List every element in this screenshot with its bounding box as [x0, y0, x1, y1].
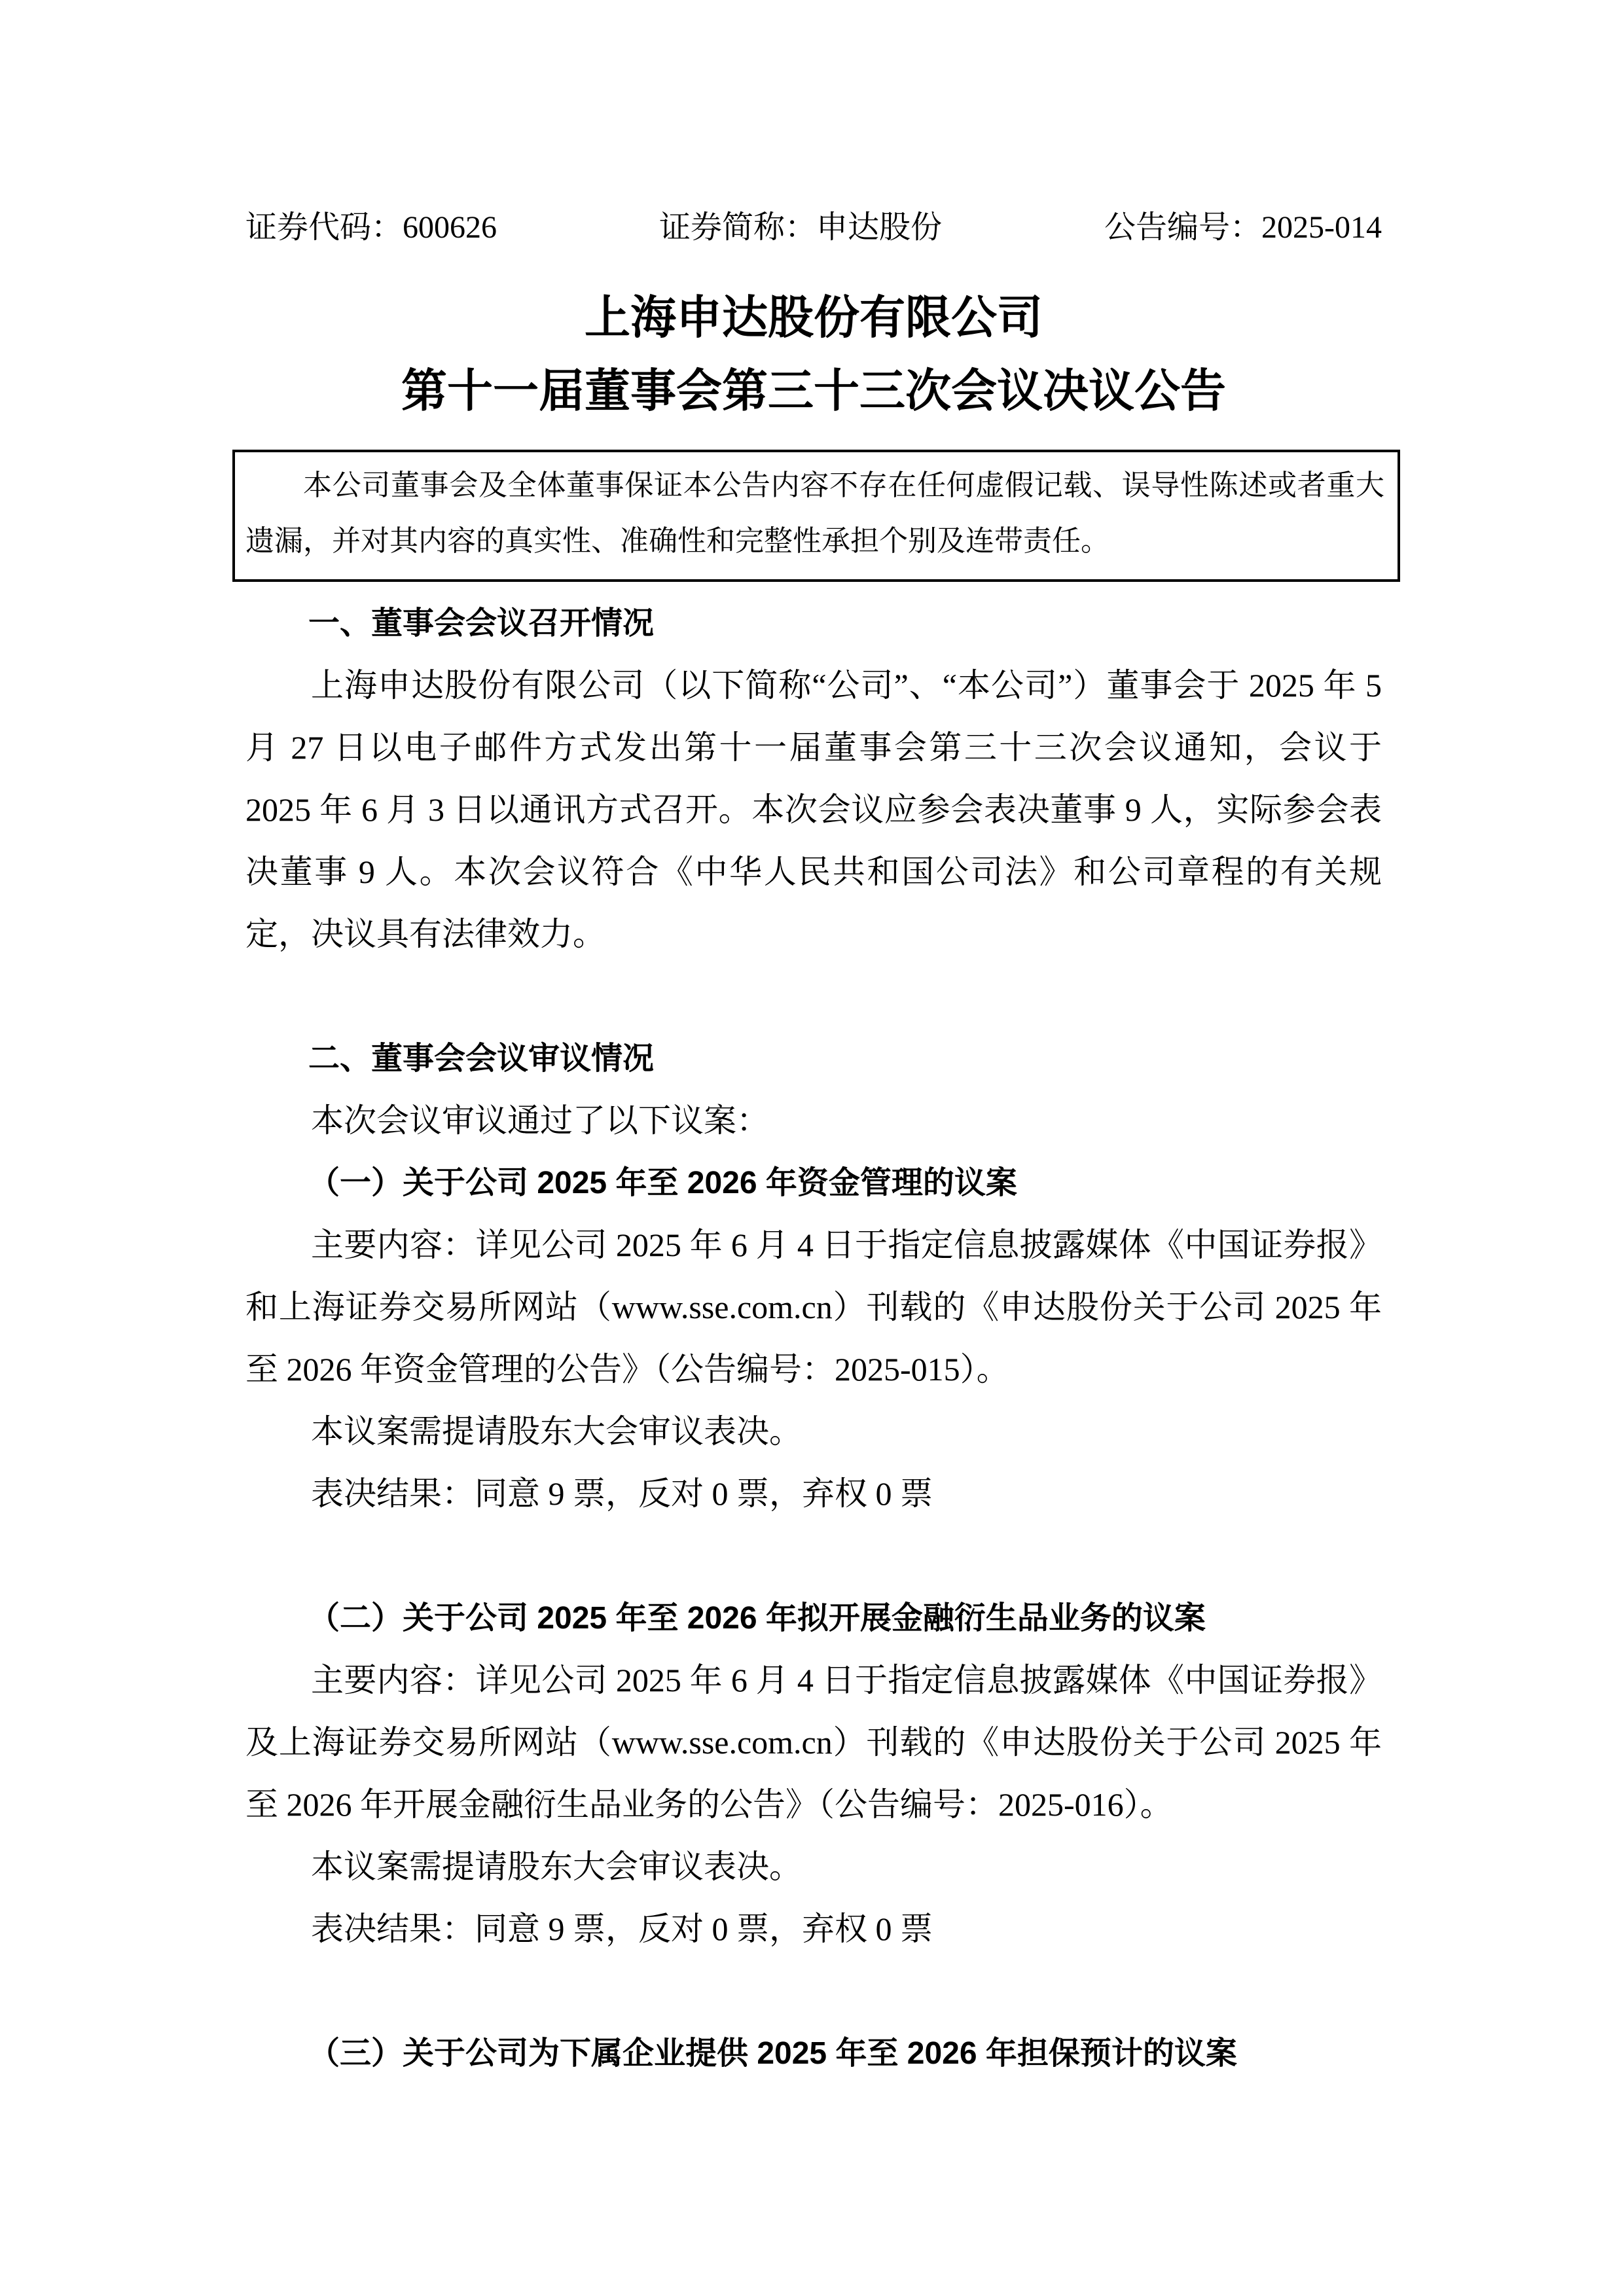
announcement-no-group: 公告编号：2025-014	[1104, 196, 1382, 259]
company-title: 上海申达股份有限公司	[245, 281, 1382, 354]
item2-vote-result: 表决结果：同意 9 票，反对 0 票，弃权 0 票	[245, 1898, 1382, 1960]
item3-heading: （三）关于公司为下属企业提供 2025 年至 2026 年担保预计的议案	[245, 2022, 1382, 2085]
item2-main-content: 主要内容：详见公司 2025 年 6 月 4 日于指定信息披露媒体《中国证券报》…	[245, 1649, 1382, 1836]
item2-note: 本议案需提请股东大会审议表决。	[245, 1836, 1382, 1898]
announcement-no-value: 2025-014	[1261, 210, 1382, 245]
stock-name-label: 证券简称：	[659, 210, 816, 245]
blank-line	[245, 1525, 1382, 1587]
stock-code-value: 600626	[403, 210, 497, 245]
item1-vote-result: 表决结果：同意 9 票，反对 0 票，弃权 0 票	[245, 1463, 1382, 1525]
item2-heading: （二）关于公司 2025 年至 2026 年拟开展金融衍生品业务的议案	[245, 1587, 1382, 1649]
item1-heading: （一）关于公司 2025 年至 2026 年资金管理的议案	[245, 1152, 1382, 1214]
announcement-no-label: 公告编号：	[1104, 210, 1261, 245]
section2-intro: 本次会议审议通过了以下议案：	[245, 1090, 1382, 1152]
stock-name-group: 证券简称：申达股份	[659, 196, 942, 259]
disclaimer-text: 本公司董事会及全体董事保证本公告内容不存在任何虚假记载、误导性陈述或者重大遗漏，…	[245, 469, 1384, 557]
announcement-page: 证券代码：600626 证券简称：申达股份 公告编号：2025-014 上海申达…	[0, 0, 1624, 2296]
disclaimer-box: 本公司董事会及全体董事保证本公告内容不存在任何虚假记载、误导性陈述或者重大遗漏，…	[232, 450, 1400, 582]
stock-name-value: 申达股份	[816, 210, 942, 245]
document-header-row: 证券代码：600626 证券简称：申达股份 公告编号：2025-014	[245, 196, 1382, 259]
blank-line	[245, 1960, 1382, 2022]
item1-note: 本议案需提请股东大会审议表决。	[245, 1401, 1382, 1463]
stock-code-label: 证券代码：	[245, 210, 403, 245]
stock-code-group: 证券代码：600626	[245, 196, 497, 259]
section1-heading: 一、董事会会议召开情况	[245, 592, 1382, 655]
announcement-title: 第十一届董事会第三十三次会议决议公告	[245, 354, 1382, 427]
section1-paragraph: 上海申达股份有限公司（以下简称“公司”、“本公司”）董事会于 2025 年 5 …	[245, 655, 1382, 965]
item1-main-content: 主要内容：详见公司 2025 年 6 月 4 日于指定信息披露媒体《中国证券报》…	[245, 1214, 1382, 1401]
blank-line	[245, 965, 1382, 1028]
section2-heading: 二、董事会会议审议情况	[245, 1028, 1382, 1090]
